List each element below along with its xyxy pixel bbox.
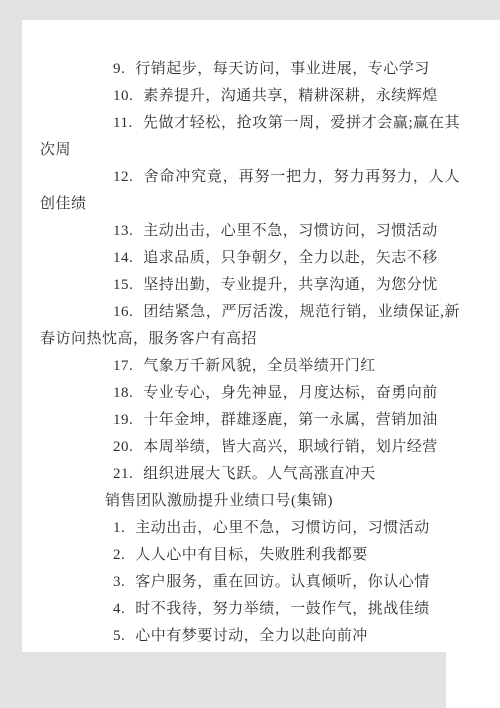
item-number: 17. (113, 358, 133, 374)
item-number: 12. (113, 169, 133, 185)
item-text: 主动出击，心里不急，习惯访问，习惯活动 (135, 520, 430, 536)
item-text: 先做才轻松，抢攻第一周，爱拼才会赢;赢在其次周 (40, 115, 460, 158)
item-number: 1. (113, 520, 125, 536)
slogan-item: 3.客户服务，重在回访。认真倾听，你认心情 (40, 569, 460, 596)
item-text: 人人心中有目标，失败胜利我都要 (135, 547, 368, 563)
item-number: 15. (113, 277, 133, 293)
document-page: 9.行销起步，每天访问，事业进展，专心学习 10.素养提升，沟通共享，精耕深耕，… (0, 0, 500, 708)
item-text: 客户服务，重在回访。认真倾听，你认心情 (135, 574, 430, 590)
slogan-item: 9.行销起步，每天访问，事业进展，专心学习 (40, 56, 460, 83)
item-number: 9. (113, 61, 125, 77)
slogan-item: 17.气象万千新风貌，全员举绩开门红 (40, 353, 460, 380)
item-number: 20. (113, 439, 133, 455)
item-text: 行销起步，每天访问，事业进展，专心学习 (135, 61, 430, 77)
slogan-item: 5.心中有梦要讨动，全力以赴向前冲 (40, 623, 460, 650)
item-text: 舍命冲究竟，再努一把力，努力再努力，人人创佳绩 (40, 169, 460, 212)
item-text: 主动出击，心里不急，习惯访问，习惯活动 (143, 223, 438, 239)
slogan-item: 20.本周举绩，皆大高兴，职域行销，划片经营 (40, 434, 460, 461)
section-heading: 销售团队激励提升业绩口号(集锦) (40, 488, 460, 515)
item-text: 组织进展大飞跃。人气高涨直冲天 (143, 466, 376, 482)
item-number: 11. (113, 115, 133, 131)
slogan-item: 11.先做才轻松，抢攻第一周，爱拼才会赢;赢在其次周 (40, 110, 460, 164)
slogan-item: 16.团结紧急，严厉活泼，规范行销，业绩保证,新春访问热忱高，服务客户有高招 (40, 299, 460, 353)
item-text: 时不我待，努力举绩，一鼓作气，挑战佳绩 (135, 601, 430, 617)
item-text: 气象万千新风貌，全员举绩开门红 (143, 358, 376, 374)
item-number: 5. (113, 628, 125, 644)
slogan-item: 10.素养提升，沟通共享，精耕深耕，永续辉煌 (40, 83, 460, 110)
item-text: 十年金坤，群雄逐鹿，第一永属，营销加油 (143, 412, 438, 428)
slogan-item: 19.十年金坤，群雄逐鹿，第一永属，营销加油 (40, 407, 460, 434)
item-number: 19. (113, 412, 133, 428)
slogan-list: 9.行销起步，每天访问，事业进展，专心学习 10.素养提升，沟通共享，精耕深耕，… (40, 56, 460, 650)
item-text: 心中有梦要讨动，全力以赴向前冲 (135, 628, 368, 644)
slogan-item: 18.专业专心，身先神显，月度达标，奋勇向前 (40, 380, 460, 407)
item-text: 团结紧急，严厉活泼，规范行销，业绩保证,新春访问热忱高，服务客户有高招 (40, 304, 460, 347)
item-number: 2. (113, 547, 125, 563)
slogan-item: 12.舍命冲究竟，再努一把力，努力再努力，人人创佳绩 (40, 164, 460, 218)
page-margin-top (0, 0, 500, 20)
slogan-section-1: 9.行销起步，每天访问，事业进展，专心学习 10.素养提升，沟通共享，精耕深耕，… (40, 56, 460, 488)
page-margin-bottom-notch (446, 652, 500, 708)
item-text: 追求品质，只争朝夕，全力以赴，矢志不移 (143, 250, 438, 266)
item-number: 16. (113, 304, 133, 320)
item-number: 13. (113, 223, 133, 239)
slogan-section-2: 1.主动出击，心里不急，习惯访问，习惯活动 2.人人心中有目标，失败胜利我都要 … (40, 515, 460, 650)
item-text: 坚持出勤，专业提升，共享沟通，为您分忧 (143, 277, 438, 293)
slogan-item: 14.追求品质，只争朝夕，全力以赴，矢志不移 (40, 245, 460, 272)
slogan-item: 4.时不我待，努力举绩，一鼓作气，挑战佳绩 (40, 596, 460, 623)
item-number: 21. (113, 466, 133, 482)
item-text: 专业专心，身先神显，月度达标，奋勇向前 (143, 385, 438, 401)
slogan-item: 21.组织进展大飞跃。人气高涨直冲天 (40, 461, 460, 488)
item-number: 3. (113, 574, 125, 590)
item-number: 14. (113, 250, 133, 266)
item-number: 10. (113, 88, 133, 104)
item-number: 4. (113, 601, 125, 617)
slogan-item: 1.主动出击，心里不急，习惯访问，习惯活动 (40, 515, 460, 542)
slogan-item: 2.人人心中有目标，失败胜利我都要 (40, 542, 460, 569)
item-text: 素养提升，沟通共享，精耕深耕，永续辉煌 (143, 88, 438, 104)
page-margin-bottom (0, 652, 446, 708)
item-text: 本周举绩，皆大高兴，职域行销，划片经营 (143, 439, 438, 455)
item-number: 18. (113, 385, 133, 401)
slogan-item: 15.坚持出勤，专业提升，共享沟通，为您分忧 (40, 272, 460, 299)
slogan-item: 13.主动出击，心里不急，习惯访问，习惯活动 (40, 218, 460, 245)
page-margin-left (0, 0, 22, 652)
